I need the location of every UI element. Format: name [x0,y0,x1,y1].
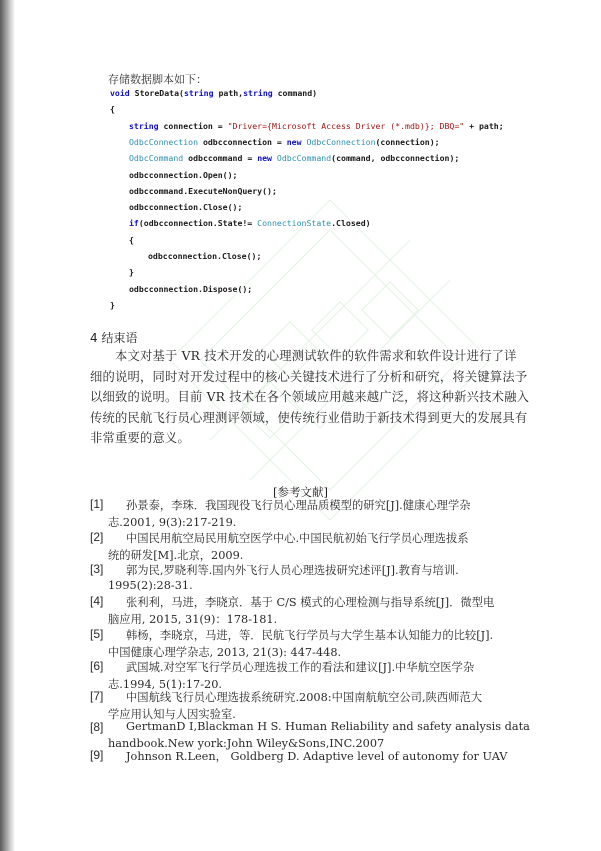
reference-number: [1] [90,497,103,511]
reference-text-line2: 1995(2):28-31. [108,579,193,592]
reference-number: [3] [90,562,103,576]
code-line: odbcconnection.Close(); [148,251,261,261]
reference-text-line2: 统的研发[M].北京，2009. [108,547,243,563]
code-intro-text: 存储数据脚本如下： [108,71,207,87]
reference-text-line1: 武国城.对空军飞行学员心理选拔工作的看法和建议[J].中华航空医学杂 [126,659,474,675]
reference-number: [5] [90,627,103,641]
code-line: odbcconnection.Open(); [129,170,237,180]
reference-text-line1: 中国航线飞行员心理选拔系统研究.2008:中国南航航空公司,陕西师范大 [126,689,482,705]
reference-text-line1: 韩杨，李晓京，马进，等．民航飞行学员与大学生基本认知能力的比较[J]. [126,627,493,643]
paragraph-line: 细的说明，同时对开发过程中的核心关键技术进行了分析和研究，将关键算法予 [90,367,514,388]
reference-text-line1: GertmanD I,Blackman H S. Human Reliabili… [126,720,530,733]
paragraph-line: 传统的民航飞行员心理测评领域，使传统行业借助于新技术得到更大的发展具有 [90,408,514,429]
reference-text-line2: 中国健康心理学杂志, 2013, 21(3): 447-448. [108,644,341,660]
code-line: odbcconnection.Close(); [129,202,242,212]
reference-number: [4] [90,594,103,608]
reference-text-line1: 张利利，马进，李晓京．基于 C/S 模式的心理检测与指导系统[J]．微型电 [126,594,494,610]
reference-text-line2: 志.2001, 9(3):217-219. [108,514,236,530]
reference-number: [2] [90,530,103,544]
reference-number: [9] [90,748,103,762]
code-line: odbccommand.ExecuteNonQuery(); [129,186,277,196]
code-line: OdbcConnection odbcconnection = new Odbc… [129,137,440,147]
code-line: string connection = "Driver={Microsoft A… [129,121,504,131]
document-page: 存储数据脚本如下： void StoreData(string path,str… [0,0,601,851]
section-title: 4 结束语 [90,329,137,346]
code-line: } [110,300,115,310]
code-line: { [110,104,115,114]
paragraph-line: 以细致的说明。目前 VR 技术在各个领域应用越来越广泛，将这种新兴技术融入 [90,387,514,408]
code-line: OdbcCommand odbccommand = new OdbcComman… [129,153,459,163]
reference-number: [6] [90,659,103,673]
reference-number: [7] [90,689,103,703]
code-line: } [129,267,134,277]
reference-number: [8] [90,720,103,734]
reference-text-line1: 中国民用航空局民用航空医学中心.中国民航初始飞行学员心理选拔系 [126,530,469,546]
conclusion-paragraph: 本文对基于 VR 技术开发的心理测试软件的软件需求和软件设计进行了详细的说明，同… [90,346,514,449]
reference-text-line1: Johnson R.Leen， Goldberg D. Adaptive lev… [126,748,507,764]
code-line: odbcconnection.Dispose(); [129,284,252,294]
reference-text-line1: 孙景泰，李珠．我国现役飞行员心理品质模型的研究[J].健康心理学杂 [126,497,471,513]
paragraph-line: 非常重要的意义。 [90,428,514,449]
reference-text-line1: 郭为民,罗晓利等.国内外飞行人员心理选拔研究述评[J].教育与培训. [126,562,459,578]
paragraph-line: 本文对基于 VR 技术开发的心理测试软件的软件需求和软件设计进行了详 [90,346,514,367]
reference-text-line2: 脑应用, 2015, 31(9)：178-181. [108,611,277,627]
code-line: { [129,235,134,245]
code-line: void StoreData(string path,string comman… [110,88,317,98]
code-line: if(odbcconnection.State!= ConnectionStat… [129,218,371,228]
